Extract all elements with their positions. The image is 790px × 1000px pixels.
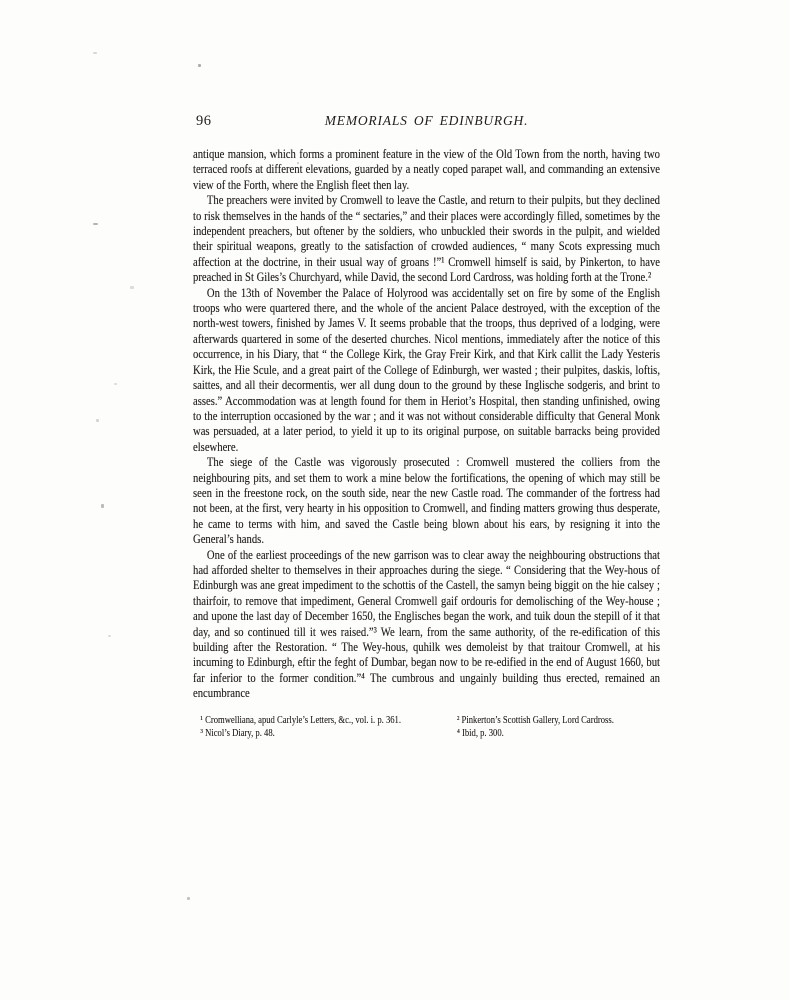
running-head: 96 MEMORIALS OF EDINBURGH.	[193, 113, 660, 130]
scan-speck	[93, 52, 97, 54]
scan-speck	[93, 223, 98, 225]
paragraph: antique mansion, which forms a prominent…	[193, 146, 660, 192]
book-page: 96 MEMORIALS OF EDINBURGH. antique mansi…	[0, 0, 790, 1000]
footnote: ¹ Cromwelliana, apud Carlyle’s Letters, …	[200, 714, 456, 728]
scan-speck	[187, 897, 190, 900]
paragraph: One of the earliest proceedings of the n…	[193, 547, 660, 701]
page-number: 96	[196, 113, 212, 130]
text-block: 96 MEMORIALS OF EDINBURGH. antique mansi…	[193, 113, 660, 741]
paragraph: On the 13th of November the Palace of Ho…	[193, 285, 660, 454]
scan-speck	[101, 504, 104, 508]
paragraph: The preachers were invited by Cromwell t…	[193, 192, 660, 284]
footnote: ² Pinkerton’s Scottish Gallery, Lord Car…	[457, 714, 660, 728]
footnote: ⁴ Ibid, p. 300.	[457, 727, 660, 741]
running-title: MEMORIALS OF EDINBURGH.	[193, 113, 660, 129]
footnote-column-right: ² Pinkerton’s Scottish Gallery, Lord Car…	[457, 714, 660, 741]
footnote: ³ Nicol’s Diary, p. 48.	[200, 727, 456, 741]
scan-speck	[198, 64, 201, 67]
body-text: antique mansion, which forms a prominent…	[193, 146, 660, 701]
scan-speck	[108, 635, 111, 637]
scan-speck	[130, 286, 134, 289]
footnotes: ¹ Cromwelliana, apud Carlyle’s Letters, …	[193, 714, 660, 741]
scan-speck	[96, 419, 99, 422]
body-column: antique mansion, which forms a prominent…	[193, 146, 660, 741]
footnote-column-left: ¹ Cromwelliana, apud Carlyle’s Letters, …	[193, 714, 457, 741]
paragraph: The siege of the Castle was vigorously p…	[193, 454, 660, 546]
scan-speck	[114, 383, 117, 385]
